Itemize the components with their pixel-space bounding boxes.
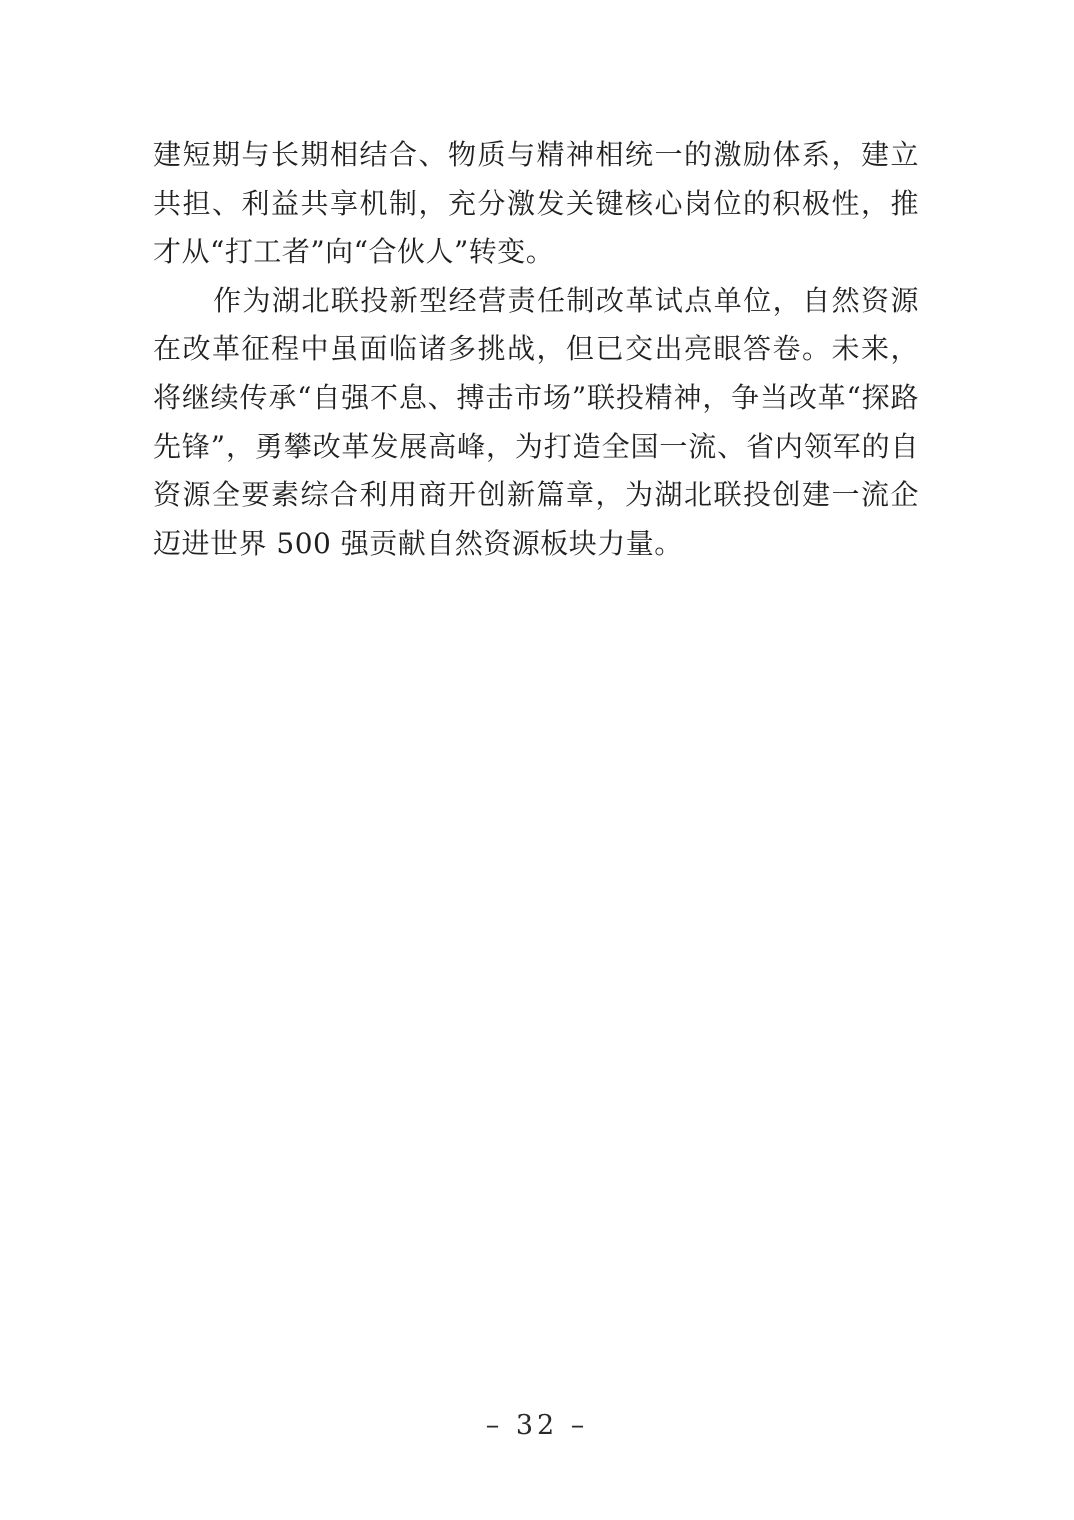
body-text-line: 在改革征程中虽面临诸多挑战，但已交出亮眼答卷。未来，公司 [153, 325, 919, 374]
body-text-line: 资源全要素综合利用商开创新篇章，为湖北联投创建一流企业、 [153, 471, 919, 520]
paragraph-2: 作为湖北联投新型经营责任制改革试点单位，自然资源集团 在改革征程中虽面临诸多挑战… [153, 277, 919, 569]
body-text-line: 先锋”，勇攀改革发展高峰，为打造全国一流、省内领军的自然 [153, 423, 919, 472]
body-text-line: 将继续传承“自强不息、搏击市场”联投精神，争当改革“探路 [153, 374, 919, 423]
body-text-line: 建短期与长期相结合、物质与精神相统一的激励体系，建立责任 [153, 131, 919, 180]
body-text-line: 才从“打工者”向“合伙人”转变。 [153, 228, 919, 277]
body-text-line: 共担、利益共享机制，充分激发关键核心岗位的积极性，推动人 [153, 180, 919, 229]
body-text-line: 作为湖北联投新型经营责任制改革试点单位，自然资源集团 [153, 277, 919, 326]
body-text: 建短期与长期相结合、物质与精神相统一的激励体系，建立责任 共担、利益共享机制，充… [153, 131, 919, 568]
document-page: 建短期与长期相结合、物质与精神相统一的激励体系，建立责任 共担、利益共享机制，充… [0, 0, 1074, 1520]
page-number: – 32 – [0, 1410, 1074, 1442]
body-text-line: 迈进世界 500 强贡献自然资源板块力量。 [153, 520, 919, 569]
paragraph-1: 建短期与长期相结合、物质与精神相统一的激励体系，建立责任 共担、利益共享机制，充… [153, 131, 919, 277]
